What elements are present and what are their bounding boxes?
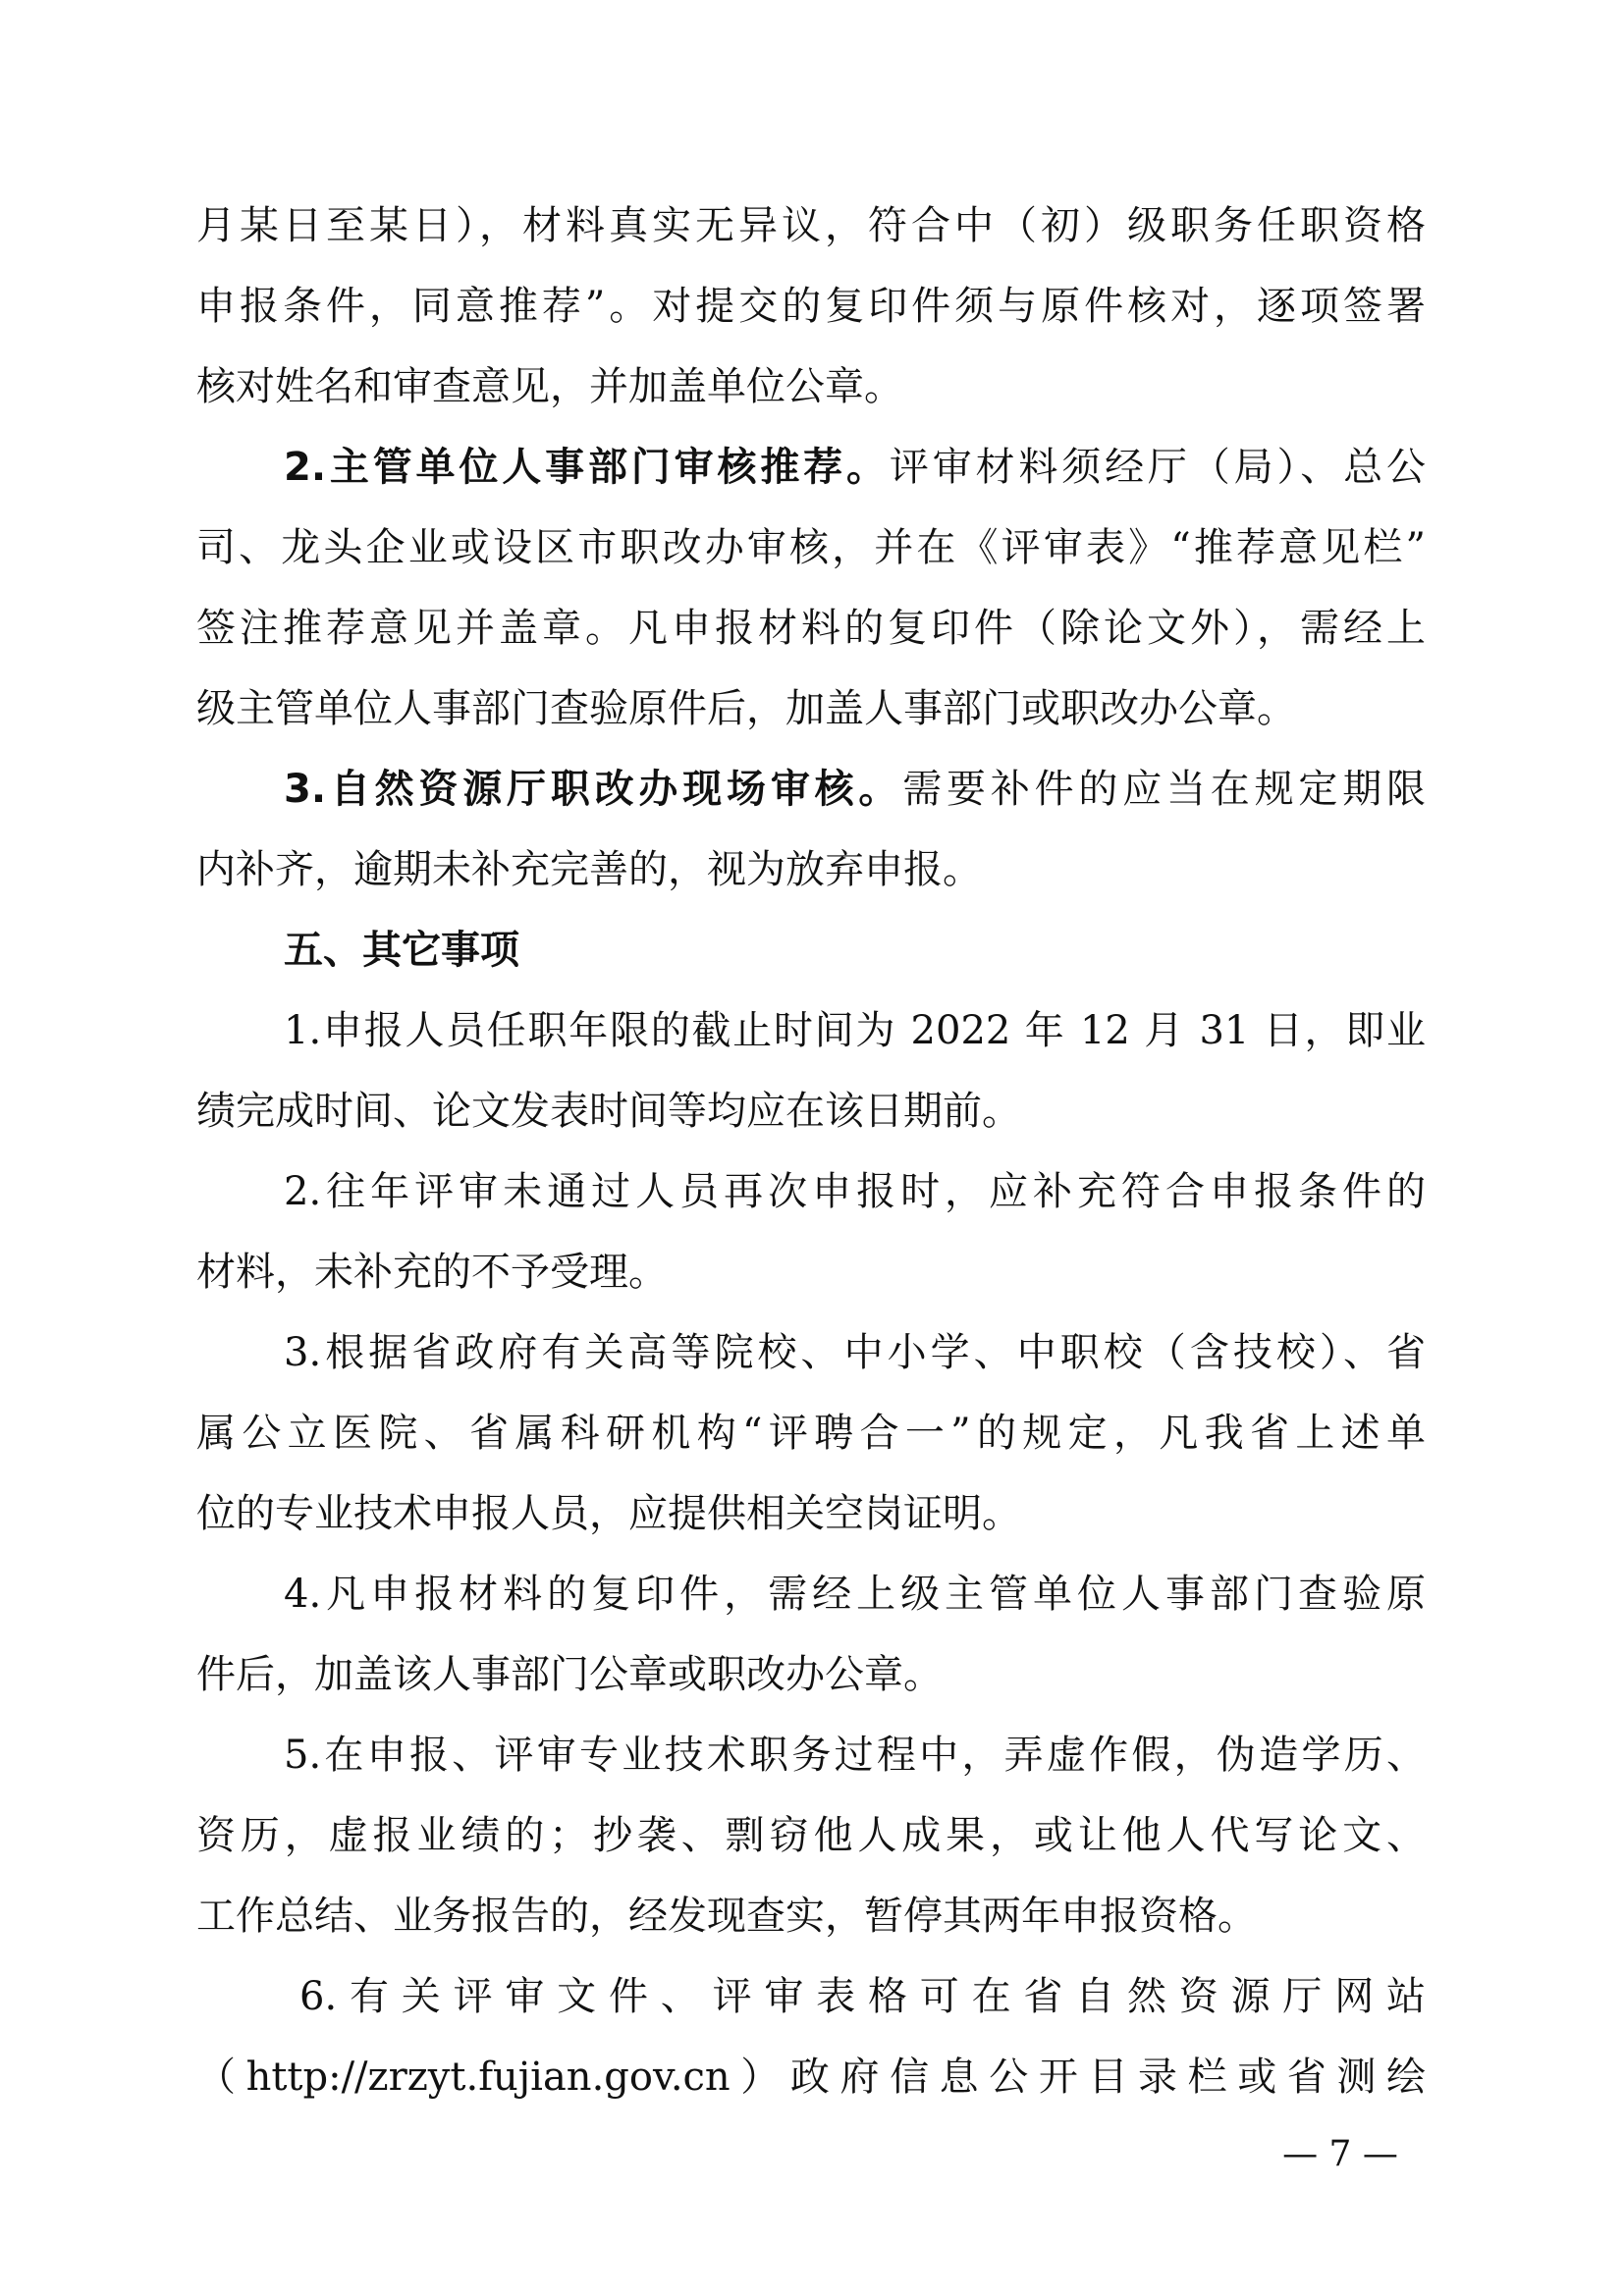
paragraph-line: 5.在申报、评审专业技术职务过程中，弄虚作假，伪造学历、 <box>284 1726 1426 1785</box>
line-text: 司、龙头企业或设区市职改办审核，并在《评审表》“推荐意见栏” <box>196 525 1426 570</box>
line-text: 属公立医院、省属科研机构“评聘合一”的规定，凡我省上述单 <box>196 1411 1426 1456</box>
line-text: 内补齐，逾期未补充完善的，视为放弃申报。 <box>196 847 982 892</box>
paragraph-line: 核对姓名和审查意见，并加盖单位公章。 <box>196 357 1426 416</box>
document-page: 月某日至某日），材料真实无异议，符合中（初）级职务任职资格 申报条件，同意推荐”… <box>0 0 1624 2296</box>
line-text: 月某日至某日），材料真实无异议，符合中（初）级职务任职资格 <box>196 203 1426 248</box>
line-text: 工作总结、业务报告的，经发现查实，暂停其两年申报资格。 <box>196 1894 1257 1939</box>
line-text: 4.凡申报材料的复印件，需经上级主管单位人事部门查验原 <box>284 1572 1426 1617</box>
paragraph-line: 4.凡申报材料的复印件，需经上级主管单位人事部门查验原 <box>284 1565 1426 1624</box>
line-text: 资历，虚报业绩的；抄袭、剽窃他人成果，或让他人代写论文、 <box>196 1813 1426 1858</box>
paragraph-line: 位的专业技术申报人员，应提供相关空岗证明。 <box>196 1484 1426 1543</box>
paragraph-line: 绩完成时间、论文发表时间等均应在该日期前。 <box>196 1082 1426 1141</box>
line-text: 件后，加盖该人事部门公章或职改办公章。 <box>196 1652 943 1697</box>
paragraph-line: 工作总结、业务报告的，经发现查实，暂停其两年申报资格。 <box>196 1887 1426 1946</box>
line-text: 2.往年评审未通过人员再次申报时，应补充符合申报条件的 <box>284 1169 1426 1214</box>
paragraph-line: 属公立医院、省属科研机构“评聘合一”的规定，凡我省上述单 <box>196 1404 1426 1463</box>
line-text: 6.有关评审文件、评审表格可在省自然资源厅网站 <box>299 1974 1426 2019</box>
paragraph-line: 司、龙头企业或设区市职改办审核，并在《评审表》“推荐意见栏” <box>196 518 1426 577</box>
paragraph-line: 1.申报人员任职年限的截止时间为 2022 年 12 月 31 日，即业 <box>284 1001 1426 1060</box>
paragraph-line: 2.往年评审未通过人员再次申报时，应补充符合申报条件的 <box>284 1162 1426 1221</box>
paragraph-line: 申报条件，同意推荐”。对提交的复印件须与原件核对，逐项签署 <box>196 277 1426 336</box>
line-text: 绩完成时间、论文发表时间等均应在该日期前。 <box>196 1089 1021 1134</box>
paragraph-line: （http://zrzyt.fujian.gov.cn）政府信息公开目录栏或省测… <box>196 2048 1426 2107</box>
line-text: 级主管单位人事部门查验原件后，加盖人事部门或职改办公章。 <box>196 686 1296 731</box>
paragraph-line: 内补齐，逾期未补充完善的，视为放弃申报。 <box>196 840 1426 899</box>
line-text: 3.根据省政府有关高等院校、中小学、中职校（含技校）、省 <box>284 1330 1426 1375</box>
section-heading: 五、其它事项 <box>284 921 1426 980</box>
paragraph-line: 件后，加盖该人事部门公章或职改办公章。 <box>196 1645 1426 1704</box>
line-text: 核对姓名和审查意见，并加盖单位公章。 <box>196 364 903 409</box>
item-title: 3.自然资源厅职改办现场审核。 <box>284 767 902 812</box>
paragraph-line: 2.主管单位人事部门审核推荐。评审材料须经厅（局）、总公 <box>284 438 1426 497</box>
line-text: 需要补件的应当在规定期限 <box>902 767 1426 812</box>
line-text: （http://zrzyt.fujian.gov.cn）政府信息公开目录栏或省测… <box>196 2055 1426 2100</box>
paragraph-line: 月某日至某日），材料真实无异议，符合中（初）级职务任职资格 <box>196 196 1426 255</box>
paragraph-line: 资历，虚报业绩的；抄袭、剽窃他人成果，或让他人代写论文、 <box>196 1806 1426 1865</box>
page-number: — 7 — <box>1267 2130 1414 2179</box>
line-text: 材料，未补充的不予受理。 <box>196 1250 668 1295</box>
paragraph-line: 签注推荐意见并盖章。凡申报材料的复印件（除论文外），需经上 <box>196 599 1426 658</box>
paragraph-line: 材料，未补充的不予受理。 <box>196 1243 1426 1302</box>
line-text: 1.申报人员任职年限的截止时间为 2022 年 12 月 31 日，即业 <box>284 1008 1426 1053</box>
paragraph-line: 级主管单位人事部门查验原件后，加盖人事部门或职改办公章。 <box>196 679 1426 738</box>
line-text: 位的专业技术申报人员，应提供相关空岗证明。 <box>196 1491 1021 1536</box>
paragraph-line: 3.根据省政府有关高等院校、中小学、中职校（含技校）、省 <box>284 1323 1426 1382</box>
line-text: 评审材料须经厅（局）、总公 <box>890 445 1426 490</box>
line-text: 5.在申报、评审专业技术职务过程中，弄虚作假，伪造学历、 <box>284 1733 1426 1778</box>
heading-text: 五、其它事项 <box>284 928 519 973</box>
line-text: 申报条件，同意推荐”。对提交的复印件须与原件核对，逐项签署 <box>196 284 1426 329</box>
item-title: 2.主管单位人事部门审核推荐。 <box>284 445 890 490</box>
paragraph-line: 3.自然资源厅职改办现场审核。需要补件的应当在规定期限 <box>284 760 1426 819</box>
line-text: 签注推荐意见并盖章。凡申报材料的复印件（除论文外），需经上 <box>196 606 1426 651</box>
paragraph-line: 6.有关评审文件、评审表格可在省自然资源厅网站 <box>299 1967 1426 2026</box>
